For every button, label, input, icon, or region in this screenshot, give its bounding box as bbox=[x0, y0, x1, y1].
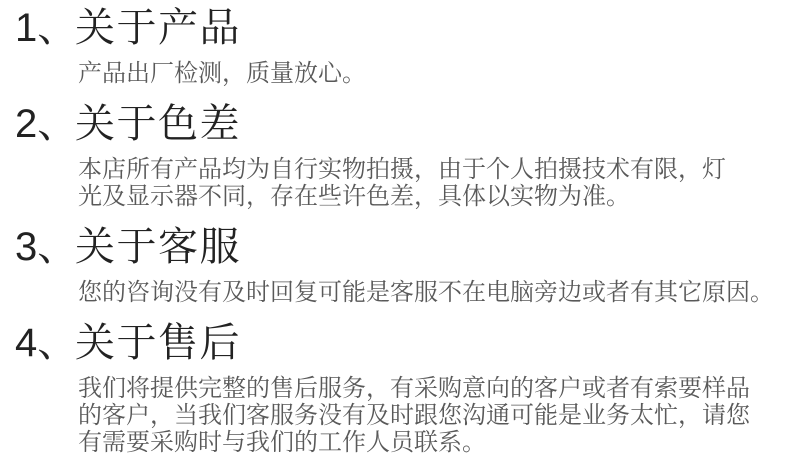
product-notes-panel: 1、 关于产品 产品出厂检测，质量放心。 2、 关于色差 本店所有产品均为自行实… bbox=[0, 0, 790, 468]
section-number: 1、 bbox=[15, 4, 75, 52]
section-body: 本店所有产品均为自行实物拍摄，由于个人拍摄技术有限，灯 光及显示器不同，存在些许… bbox=[78, 156, 790, 210]
body-line: 我们将提供完整的售后服务，有采购意向的客户或者有索要样品 bbox=[78, 375, 790, 402]
body-line: 本店所有产品均为自行实物拍摄，由于个人拍摄技术有限，灯 bbox=[78, 156, 790, 183]
section-title: 关于色差 bbox=[75, 100, 241, 148]
section-body: 您的咨询没有及时回复可能是客服不在电脑旁边或者有其它原因。 bbox=[78, 279, 790, 306]
section-body: 我们将提供完整的售后服务，有采购意向的客户或者有索要样品 的客户，当我们客服务没… bbox=[78, 375, 790, 456]
section-body: 产品出厂检测，质量放心。 bbox=[78, 60, 790, 87]
section-title: 关于产品 bbox=[75, 4, 241, 52]
section-title: 关于售后 bbox=[75, 319, 241, 367]
section-number: 3、 bbox=[15, 223, 75, 271]
body-line: 您的咨询没有及时回复可能是客服不在电脑旁边或者有其它原因。 bbox=[78, 279, 790, 306]
section-number: 2、 bbox=[15, 100, 75, 148]
section-heading: 3、 关于客服 bbox=[15, 223, 790, 271]
section-number: 4、 bbox=[15, 319, 75, 367]
body-line: 光及显示器不同，存在些许色差，具体以实物为准。 bbox=[78, 183, 790, 210]
section-heading: 4、 关于售后 bbox=[15, 319, 790, 367]
body-line: 有需要采购时与我们的工作人员联系。 bbox=[78, 429, 790, 456]
section-title: 关于客服 bbox=[75, 223, 241, 271]
section-heading: 1、 关于产品 bbox=[15, 4, 790, 52]
body-line: 的客户，当我们客服务没有及时跟您沟通可能是业务太忙，请您 bbox=[78, 402, 790, 429]
section-heading: 2、 关于色差 bbox=[15, 100, 790, 148]
body-line: 产品出厂检测，质量放心。 bbox=[78, 60, 790, 87]
